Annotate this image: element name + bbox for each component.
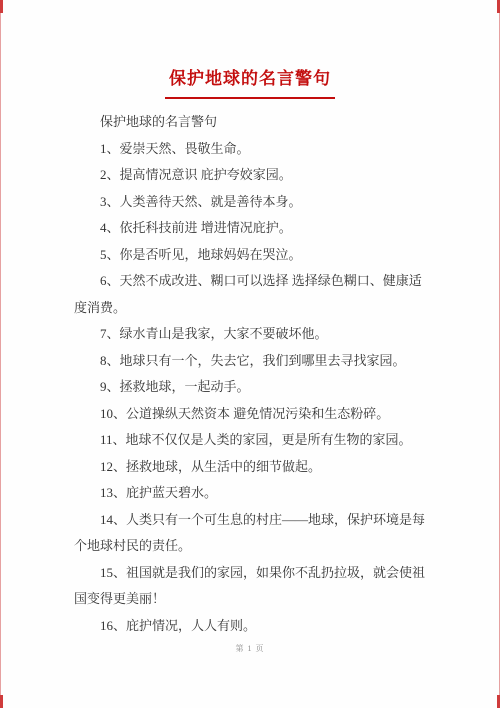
quote-line: 11、地球不仅仅是人类的家园，更是所有生物的家园。 <box>74 427 432 454</box>
quote-line: 3、人类善待天然、就是善待本身。 <box>74 189 432 216</box>
page-edge-line-left <box>0 0 1 708</box>
quote-line: 6、天然不成改进、糊口可以选择 选择绿色糊口、健康适度消费。 <box>74 268 432 321</box>
quote-line: 12、拯救地球，从生活中的细节做起。 <box>74 454 432 481</box>
document-body: 保护地球的名言警句1、爱崇天然、畏敬生命。2、提高情况意识 庇护夸姣家园。3、人… <box>74 109 432 639</box>
quote-line: 2、提高情况意识 庇护夸姣家园。 <box>74 162 432 189</box>
title-underline <box>165 97 335 99</box>
quote-line: 9、拯救地球，一起动手。 <box>74 374 432 401</box>
document-page: 保护地球的名言警句 保护地球的名言警句1、爱崇天然、畏敬生命。2、提高情况意识 … <box>0 0 500 708</box>
quote-line: 15、祖国就是我们的家园，如果你不乱扔拉圾，就会使祖国变得更美丽！ <box>74 560 432 613</box>
quote-line: 5、你是否听见，地球妈妈在哭泣。 <box>74 242 432 269</box>
quote-line: 8、地球只有一个，失去它，我们到哪里去寻找家园。 <box>74 348 432 375</box>
quote-line: 4、依托科技前进 增进情况庇护。 <box>74 215 432 242</box>
quote-line: 13、庇护蓝天碧水。 <box>74 480 432 507</box>
quote-line: 1、爱崇天然、畏敬生命。 <box>74 136 432 163</box>
corner-mark-bottom-left <box>0 695 3 708</box>
quote-line: 16、庇护情况，人人有则。 <box>74 613 432 640</box>
quote-line: 保护地球的名言警句 <box>74 109 432 136</box>
corner-mark-top-left <box>0 0 3 13</box>
page-number-footer: 第 1 页 <box>0 644 500 654</box>
quote-line: 10、公道操纵天然资本 避免情况污染和生态粉碎。 <box>74 401 432 428</box>
quote-line: 7、绿水青山是我家，大家不要破坏他。 <box>74 321 432 348</box>
page-title: 保护地球的名言警句 <box>0 68 500 90</box>
quote-line: 14、人类只有一个可生息的村庄——地球，保护环境是每个地球村民的责任。 <box>74 507 432 560</box>
